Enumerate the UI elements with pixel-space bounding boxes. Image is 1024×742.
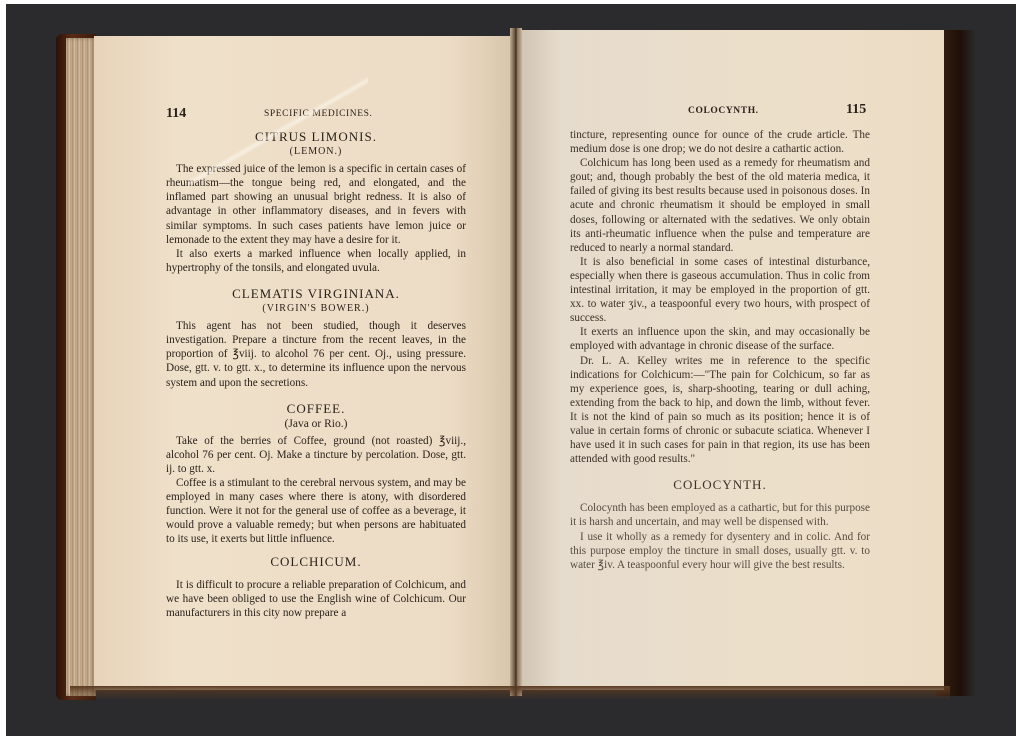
page-number: 115 [846, 102, 866, 118]
section-subtitle: (Java or Rio.) [166, 417, 466, 431]
section-title: CLEMATIS VIRGINIANA. [166, 287, 466, 301]
left-page: 114 SPECIFIC MEDICINES. CITRUS LIMONIS. … [94, 36, 512, 690]
paragraph: It is difficult to procure a reliable pr… [166, 578, 466, 620]
page-edges [66, 38, 96, 696]
paragraph: It also exerts a marked influence when l… [166, 247, 466, 275]
paragraph: It is also beneficial in some cases of i… [570, 255, 870, 325]
section-title: COLCHICUM. [166, 555, 466, 569]
paragraph: Coffee is a stimulant to the cerebral ne… [166, 476, 466, 546]
paragraph: tincture, representing ounce for ounce o… [570, 128, 870, 156]
paragraph: Colocynth has been employed as a cathart… [570, 501, 870, 529]
page-number: 114 [166, 106, 186, 122]
section-title: COLOCYNTH. [570, 478, 870, 492]
page-body: CITRUS LIMONIS. (LEMON.) The expressed j… [166, 130, 466, 620]
book-gutter-spine [510, 28, 522, 696]
paragraph: It exerts an influence upon the skin, an… [570, 325, 870, 353]
paragraph: Take of the berries of Coffee, ground (n… [166, 434, 466, 476]
paragraph: The expressed juice of the lemon is a sp… [166, 162, 466, 247]
section-subtitle: (LEMON.) [166, 145, 466, 159]
paragraph: I use it wholly as a remedy for dysenter… [570, 530, 870, 572]
paragraph: Dr. L. A. Kelley writes me in reference … [570, 354, 870, 467]
section-title: CITRUS LIMONIS. [166, 130, 466, 144]
page-body: tincture, representing ounce for ounce o… [570, 128, 870, 572]
paragraph: Colchicum has long been used as a remedy… [570, 156, 870, 255]
paragraph: This agent has not been studied, though … [166, 319, 466, 389]
section-title: COFFEE. [166, 402, 466, 416]
page-bottom-shadow [70, 686, 950, 700]
running-head: COLOCYNTH. [688, 106, 759, 116]
section-subtitle: (VIRGIN'S BOWER.) [166, 302, 466, 316]
right-page: COLOCYNTH. 115 tincture, representing ou… [518, 30, 944, 690]
running-head: SPECIFIC MEDICINES. [264, 109, 373, 119]
